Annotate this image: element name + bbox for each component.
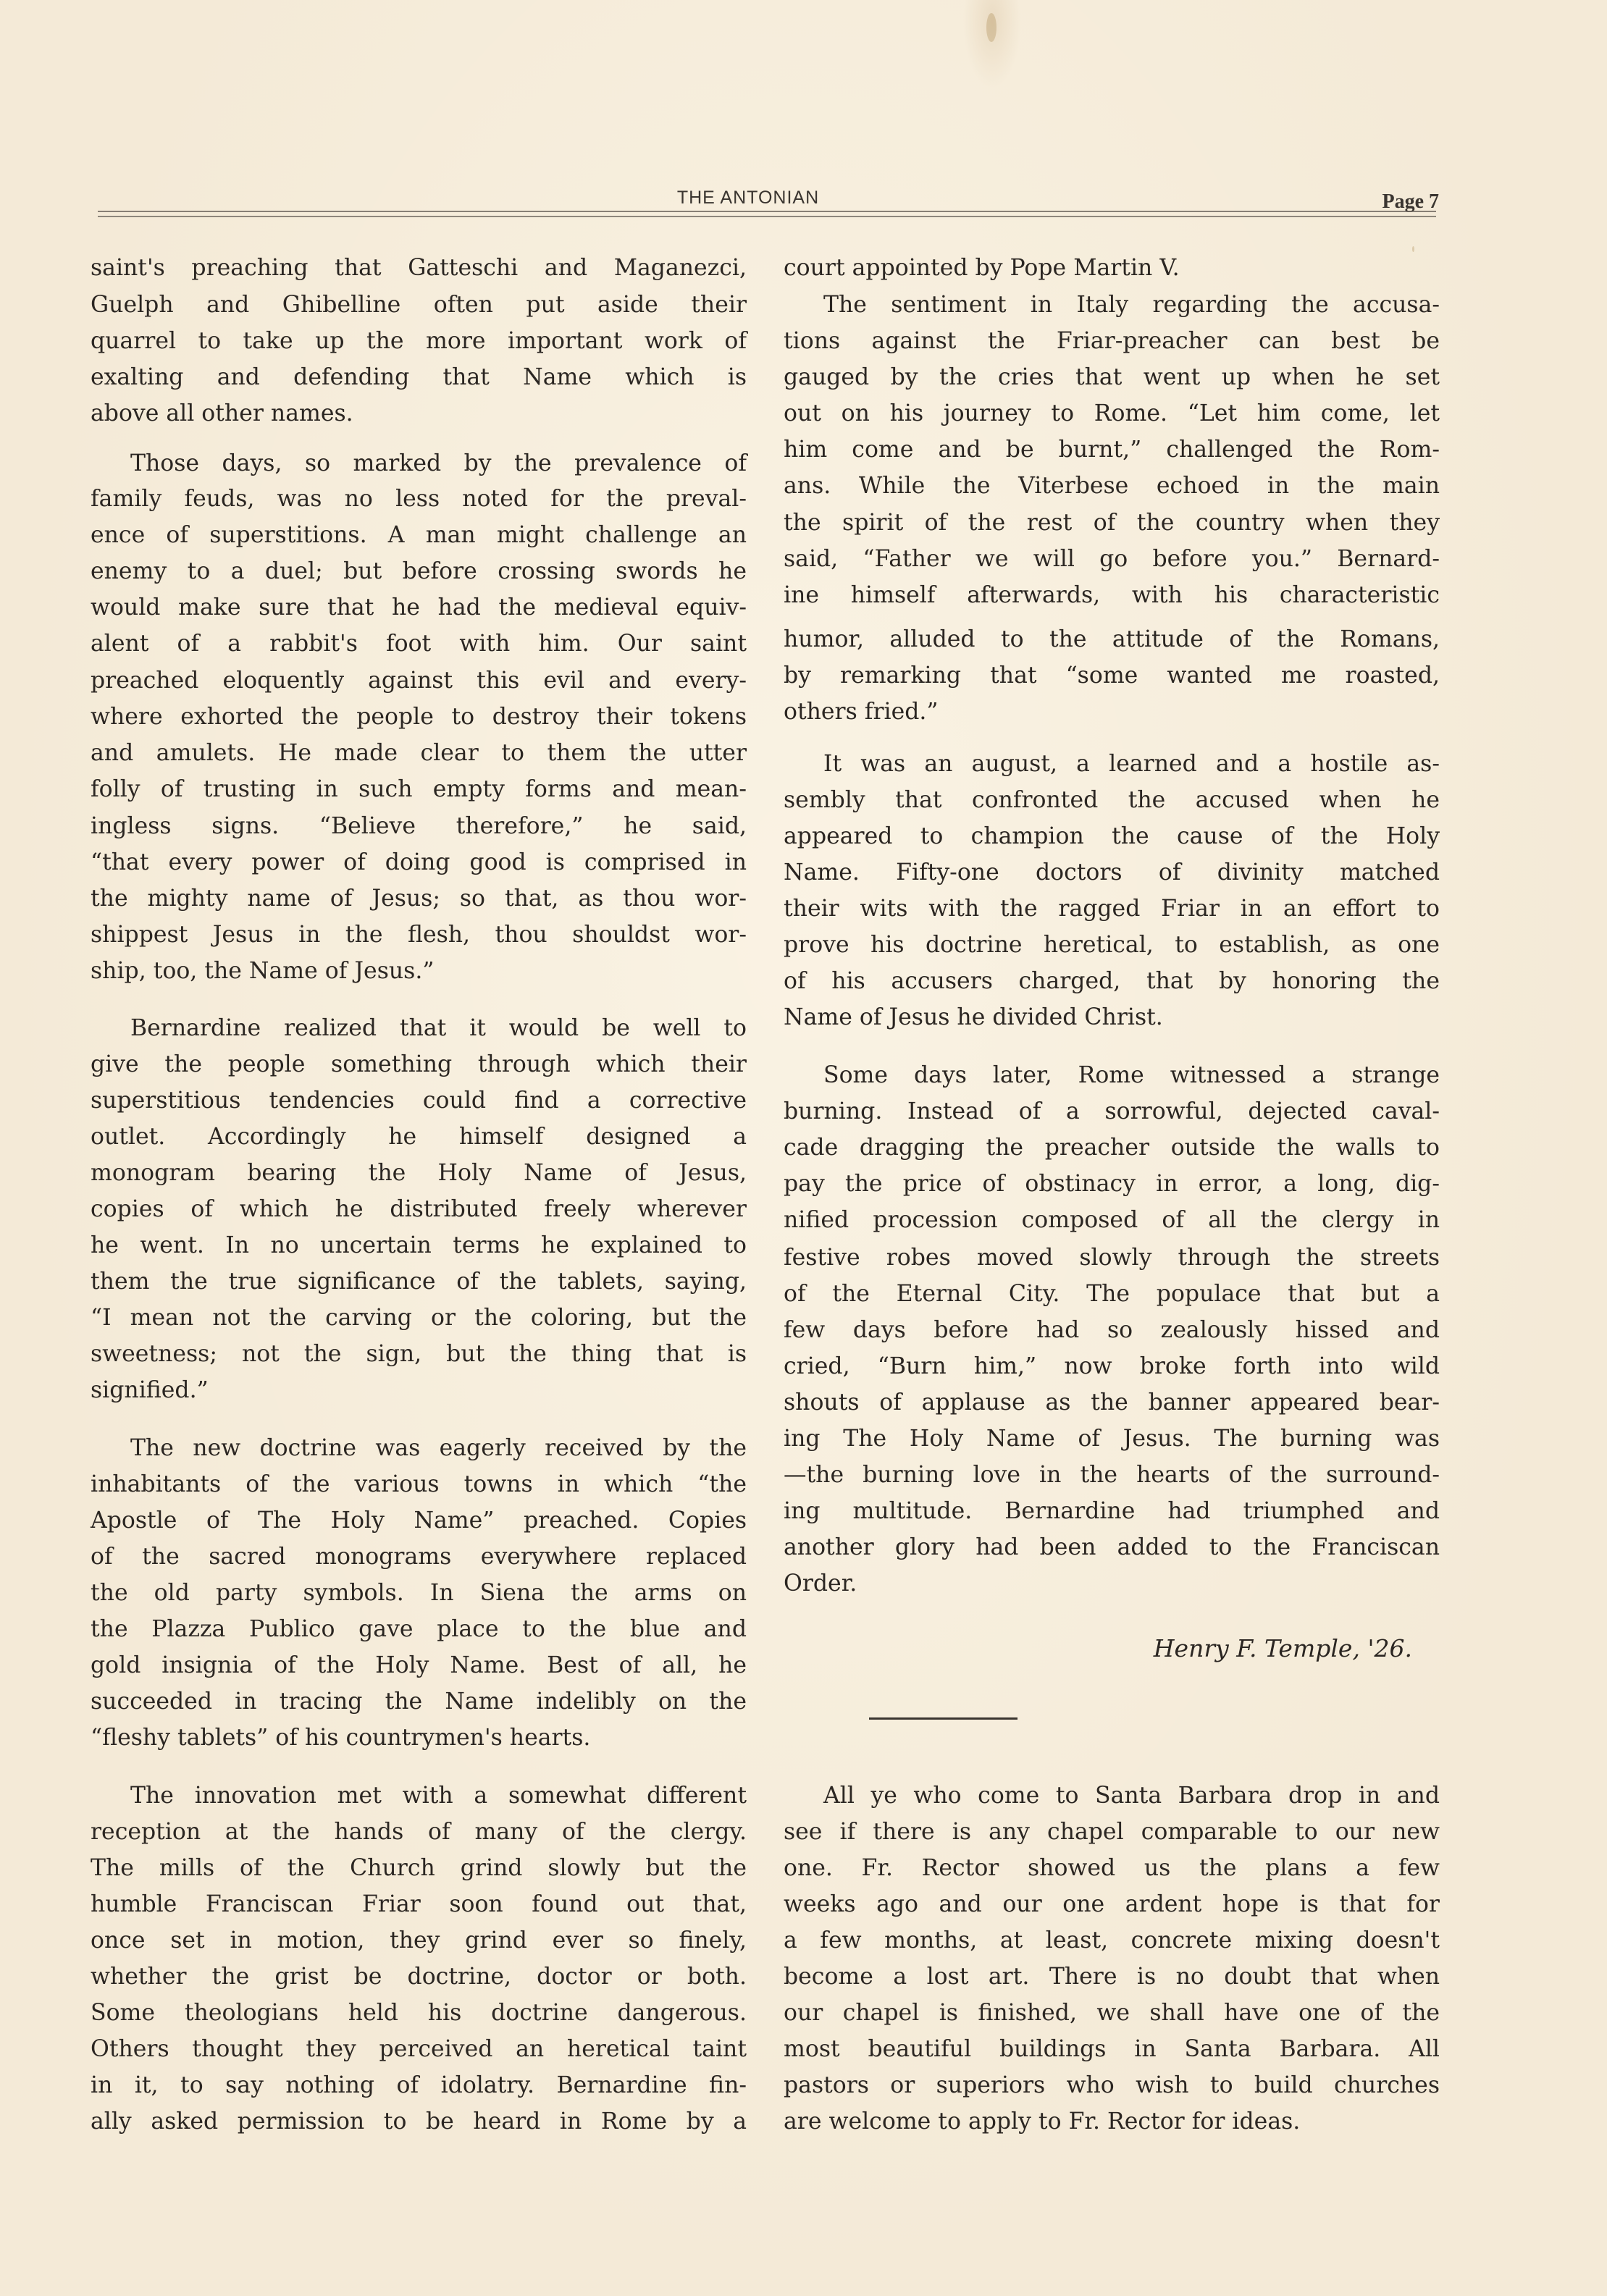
- text-line: humble Franciscan Friar soon found out t…: [91, 1886, 747, 1922]
- text-line: enemy to a duel; but before crossing swo…: [91, 553, 747, 589]
- text-line: The new doctrine was eagerly received by…: [91, 1430, 747, 1466]
- text-line: sembly that confronted the accused when …: [784, 782, 1440, 818]
- text-line: above all other names.: [91, 395, 747, 432]
- text-line: folly of trusting in such empty forms an…: [91, 771, 747, 807]
- text-line: Name of Jesus he divided Christ.: [784, 999, 1440, 1035]
- text-line: one. Fr. Rector showed us the plans a fe…: [784, 1850, 1440, 1886]
- text-line: burning. Instead of a sorrowful, dejecte…: [784, 1093, 1440, 1130]
- text-line: It was an august, a learned and a hostil…: [784, 746, 1440, 782]
- text-line: family feuds, was no less noted for the …: [91, 481, 747, 517]
- text-line: preached eloquently against this evil an…: [91, 663, 747, 699]
- text-line: gauged by the cries that went up when he…: [784, 359, 1440, 395]
- text-line: ans. While the Viterbese echoed in the m…: [784, 468, 1440, 504]
- text-line: Some theologians held his doctrine dange…: [91, 1995, 747, 2031]
- text-line: whether the grist be doctrine, doctor or…: [91, 1959, 747, 1995]
- page-number: Page 7: [1359, 191, 1439, 213]
- header-rule-top: [98, 211, 1436, 212]
- text-line: monogram bearing the Holy Name of Jesus,: [91, 1155, 747, 1191]
- text-line: our chapel is finished, we shall have on…: [784, 1995, 1440, 2031]
- text-line: he went. In no uncertain terms he explai…: [91, 1227, 747, 1263]
- text-line: The innovation met with a somewhat diffe…: [91, 1778, 747, 1814]
- text-line: once set in motion, they grind ever so f…: [91, 1922, 747, 1959]
- text-line: are welcome to apply to Fr. Rector for i…: [784, 2103, 1440, 2140]
- text-line: him come and be burnt,” challenged the R…: [784, 432, 1440, 468]
- text-line: The mills of the Church grind slowly but…: [91, 1850, 747, 1886]
- text-line: weeks ago and our one ardent hope is tha…: [784, 1886, 1440, 1922]
- text-line: shippest Jesus in the flesh, thou should…: [91, 917, 747, 953]
- text-line: inhabitants of the various towns in whic…: [91, 1466, 747, 1502]
- text-line: another glory had been added to the Fran…: [784, 1529, 1440, 1565]
- text-line: succeeded in tracing the Name indelibly …: [91, 1683, 747, 1720]
- text-line: Those days, so marked by the prevalence …: [91, 445, 747, 482]
- text-line: said, “Father we will go before you.” Be…: [784, 541, 1440, 577]
- text-line: ence of superstitions. A man might chall…: [91, 517, 747, 553]
- article-author-signature: Henry F. Temple, '26.: [1086, 1631, 1412, 1667]
- text-line: Apostle of The Holy Name” preached. Copi…: [91, 1502, 747, 1539]
- text-line: cried, “Burn him,” now broke forth into …: [784, 1348, 1440, 1384]
- text-line: signified.”: [91, 1372, 747, 1408]
- text-line: ing The Holy Name of Jesus. The burning …: [784, 1421, 1440, 1457]
- text-line: where exhorted the people to destroy the…: [91, 699, 747, 735]
- text-line: would make sure that he had the medieval…: [91, 589, 747, 626]
- text-line: the Plazza Publico gave place to the blu…: [91, 1611, 747, 1647]
- text-line: Bernardine realized that it would be wel…: [91, 1010, 747, 1046]
- text-line: gold insignia of the Holy Name. Best of …: [91, 1647, 747, 1683]
- text-line: ingless signs. “Believe therefore,” he s…: [91, 808, 747, 844]
- text-line: ship, too, the Name of Jesus.”: [91, 953, 747, 989]
- text-line: the mighty name of Jesus; so that, as th…: [91, 880, 747, 917]
- text-line: the spirit of the rest of the country wh…: [784, 505, 1440, 541]
- text-line: ing multitude. Bernardine had triumphed …: [784, 1493, 1440, 1529]
- text-line: Name. Fifty-one doctors of divinity matc…: [784, 854, 1440, 891]
- text-line: shouts of applause as the banner appeare…: [784, 1384, 1440, 1421]
- text-line: The sentiment in Italy regarding the acc…: [784, 287, 1440, 323]
- text-line: tions against the Friar-preacher can bes…: [784, 323, 1440, 359]
- paper-speck: [1412, 246, 1414, 252]
- text-line: cade dragging the preacher outside the w…: [784, 1130, 1440, 1166]
- section-divider: [869, 1717, 1018, 1720]
- text-line: become a lost art. There is no doubt tha…: [784, 1959, 1440, 1995]
- text-line: saint's preaching that Gatteschi and Mag…: [91, 250, 747, 286]
- text-line: give the people something through which …: [91, 1046, 747, 1082]
- text-line: by remarking that “some wanted me roaste…: [784, 657, 1440, 694]
- text-line: the old party symbols. In Siena the arms…: [91, 1575, 747, 1611]
- text-line: outlet. Accordingly he himself designed …: [91, 1119, 747, 1155]
- text-line: a few months, at least, concrete mixing …: [784, 1922, 1440, 1959]
- text-line: sweetness; not the sign, but the thing t…: [91, 1336, 747, 1372]
- text-line: of his accusers charged, that by honorin…: [784, 963, 1440, 999]
- paper-stain: [986, 13, 996, 42]
- text-line: others fried.”: [784, 694, 1440, 730]
- text-line: of the Eternal City. The populace that b…: [784, 1276, 1440, 1312]
- text-line: court appointed by Pope Martin V.: [784, 250, 1440, 286]
- text-line: nified procession composed of all the cl…: [784, 1202, 1440, 1238]
- text-line: “that every power of doing good is compr…: [91, 844, 747, 880]
- header-rule-bottom: [98, 216, 1436, 217]
- text-line: of the sacred monograms everywhere repla…: [91, 1539, 747, 1575]
- text-line: them the true significance of the tablet…: [91, 1263, 747, 1300]
- magazine-page: THE ANTONIAN Page 7 saint's preaching th…: [0, 0, 1607, 2296]
- text-line: prove his doctrine heretical, to establi…: [784, 927, 1440, 963]
- text-line: quarrel to take up the more important wo…: [91, 323, 747, 359]
- text-line: and amulets. He made clear to them the u…: [91, 735, 747, 771]
- text-line: festive robes moved slowly through the s…: [784, 1240, 1440, 1276]
- text-line: their wits with the ragged Friar in an e…: [784, 891, 1440, 927]
- text-line: superstitious tendencies could find a co…: [91, 1082, 747, 1119]
- text-line: All ye who come to Santa Barbara drop in…: [784, 1778, 1440, 1814]
- text-line: out on his journey to Rome. “Let him com…: [784, 395, 1440, 432]
- text-line: ine himself afterwards, with his charact…: [784, 577, 1440, 613]
- text-line: few days before had so zealously hissed …: [784, 1312, 1440, 1348]
- text-line: “fleshy tablets” of his countrymen's hea…: [91, 1720, 747, 1756]
- text-line: Some days later, Rome witnessed a strang…: [784, 1057, 1440, 1093]
- text-line: ally asked permission to be heard in Rom…: [91, 2103, 747, 2140]
- text-line: see if there is any chapel comparable to…: [784, 1814, 1440, 1850]
- text-line: humor, alluded to the attitude of the Ro…: [784, 621, 1440, 657]
- text-line: copies of which he distributed freely wh…: [91, 1191, 747, 1227]
- text-line: appeared to champion the cause of the Ho…: [784, 818, 1440, 854]
- text-line: Others thought they perceived an heretic…: [91, 2031, 747, 2067]
- text-line: pastors or superiors who wish to build c…: [784, 2067, 1440, 2103]
- text-line: pay the price of obstinacy in error, a l…: [784, 1166, 1440, 1202]
- text-line: alent of a rabbit's foot with him. Our s…: [91, 626, 747, 662]
- text-line: exalting and defending that Name which i…: [91, 359, 747, 395]
- text-line: Order.: [784, 1565, 1440, 1602]
- publication-title: THE ANTONIAN: [654, 187, 842, 209]
- text-line: Guelph and Ghibelline often put aside th…: [91, 287, 747, 323]
- text-line: “I mean not the carving or the coloring,…: [91, 1300, 747, 1336]
- text-line: reception at the hands of many of the cl…: [91, 1814, 747, 1850]
- text-line: —the burning love in the hearts of the s…: [784, 1457, 1440, 1493]
- text-line: most beautiful buildings in Santa Barbar…: [784, 2031, 1440, 2067]
- text-line: in it, to say nothing of idolatry. Berna…: [91, 2067, 747, 2103]
